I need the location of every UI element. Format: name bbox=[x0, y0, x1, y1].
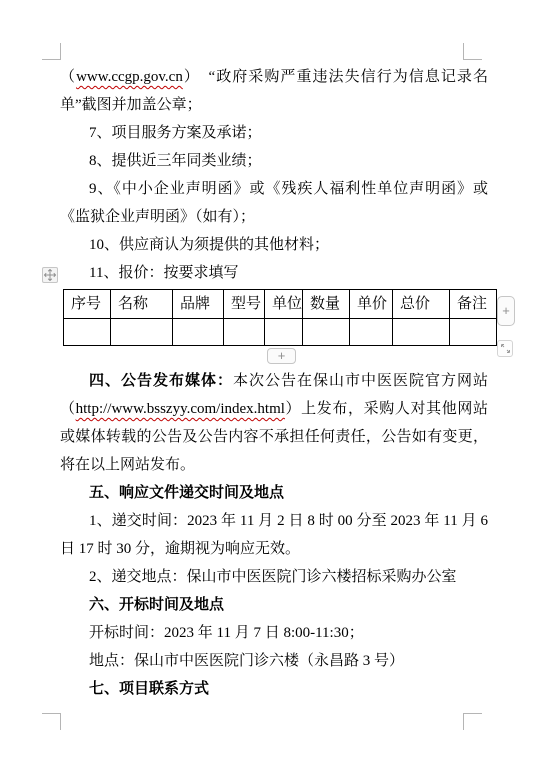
list-item-11: 11、报价：按要求填写 bbox=[60, 259, 488, 287]
table-header-row: 序号 名称 品牌 型号 单位 数量 单价 总价 备注 bbox=[64, 290, 497, 319]
list-item-9: 9、《中小企业声明函》或《残疾人福利性单位声明函》或《监狱企业声明函》（如有）； bbox=[60, 175, 488, 231]
list-item-7: 7、项目服务方案及承诺； bbox=[60, 119, 488, 147]
cell-total[interactable] bbox=[393, 319, 450, 346]
table-resize-handle-icon[interactable] bbox=[497, 340, 513, 357]
text-boundary-mark-top-right bbox=[463, 43, 482, 60]
paren-open: （ bbox=[60, 69, 76, 85]
cell-model[interactable] bbox=[224, 319, 265, 346]
header-cell-price[interactable]: 单价 bbox=[350, 290, 393, 319]
add-column-button[interactable]: + bbox=[497, 296, 515, 326]
table-move-handle-icon[interactable] bbox=[42, 267, 58, 283]
cell-price[interactable] bbox=[350, 319, 393, 346]
plus-icon: + bbox=[502, 297, 510, 325]
header-cell-brand[interactable]: 品牌 bbox=[173, 290, 224, 319]
cell-seq[interactable] bbox=[64, 319, 111, 346]
cell-brand[interactable] bbox=[173, 319, 224, 346]
link-ccgp-url[interactable]: www.ccgp.gov.cn bbox=[76, 69, 183, 85]
header-cell-qty[interactable]: 数量 bbox=[303, 290, 350, 319]
header-cell-seq[interactable]: 序号 bbox=[64, 290, 111, 319]
cell-name[interactable] bbox=[111, 319, 173, 346]
text-boundary-mark-bottom-left bbox=[42, 713, 61, 730]
paragraph-bid-opening-place: 地点：保山市中医医院门诊六楼（永昌路 3 号） bbox=[60, 647, 488, 675]
list-item-10: 10、供应商认为须提供的其他材料； bbox=[60, 231, 488, 259]
document-body: （www.ccgp.gov.cn） “政府采购严重违法失信行为信息记录名单”截图… bbox=[60, 63, 488, 703]
paragraph-publish-media: 四、公告发布媒体：本次公告在保山市中医医院官方网站（http://www.bss… bbox=[60, 367, 488, 479]
header-cell-name[interactable]: 名称 bbox=[111, 290, 173, 319]
cell-remark[interactable] bbox=[450, 319, 497, 346]
header-cell-model[interactable]: 型号 bbox=[224, 290, 265, 319]
paragraph-submission-place: 2、递交地点：保山市中医医院门诊六楼招标采购办公室 bbox=[60, 563, 488, 591]
plus-icon: + bbox=[278, 342, 286, 370]
text-boundary-mark-top-left bbox=[42, 43, 61, 60]
text-boundary-mark-bottom-right bbox=[463, 713, 482, 730]
paragraph-submission-time: 1、递交时间：2023 年 11 月 2 日 8 时 00 分至 2023 年 … bbox=[60, 507, 488, 563]
header-cell-total[interactable]: 总价 bbox=[393, 290, 450, 319]
section4-heading: 四、公告发布媒体： bbox=[89, 373, 233, 389]
header-cell-unit[interactable]: 单位 bbox=[265, 290, 303, 319]
cell-qty[interactable] bbox=[303, 319, 350, 346]
section7-heading: 七、项目联系方式 bbox=[60, 675, 488, 703]
quote-table: 序号 名称 品牌 型号 单位 数量 单价 总价 备注 bbox=[63, 289, 497, 346]
add-row-button[interactable]: + bbox=[267, 348, 296, 364]
section6-heading: 六、开标时间及地点 bbox=[60, 591, 488, 619]
header-cell-remark[interactable]: 备注 bbox=[450, 290, 497, 319]
quote-table-container: 序号 名称 品牌 型号 单位 数量 单价 总价 备注 bbox=[63, 289, 496, 346]
document-page: （www.ccgp.gov.cn） “政府采购严重违法失信行为信息记录名单”截图… bbox=[0, 0, 549, 777]
section5-heading: 五、响应文件递交时间及地点 bbox=[60, 479, 488, 507]
list-item-8: 8、提供近三年同类业绩； bbox=[60, 147, 488, 175]
link-bsszyy-url[interactable]: http://www.bsszyy.com/index.html bbox=[76, 401, 285, 417]
paragraph-stamp-requirement: （www.ccgp.gov.cn） “政府采购严重违法失信行为信息记录名单”截图… bbox=[60, 63, 488, 119]
paragraph-bid-opening-time: 开标时间：2023 年 11 月 7 日 8:00-11:30； bbox=[60, 619, 488, 647]
